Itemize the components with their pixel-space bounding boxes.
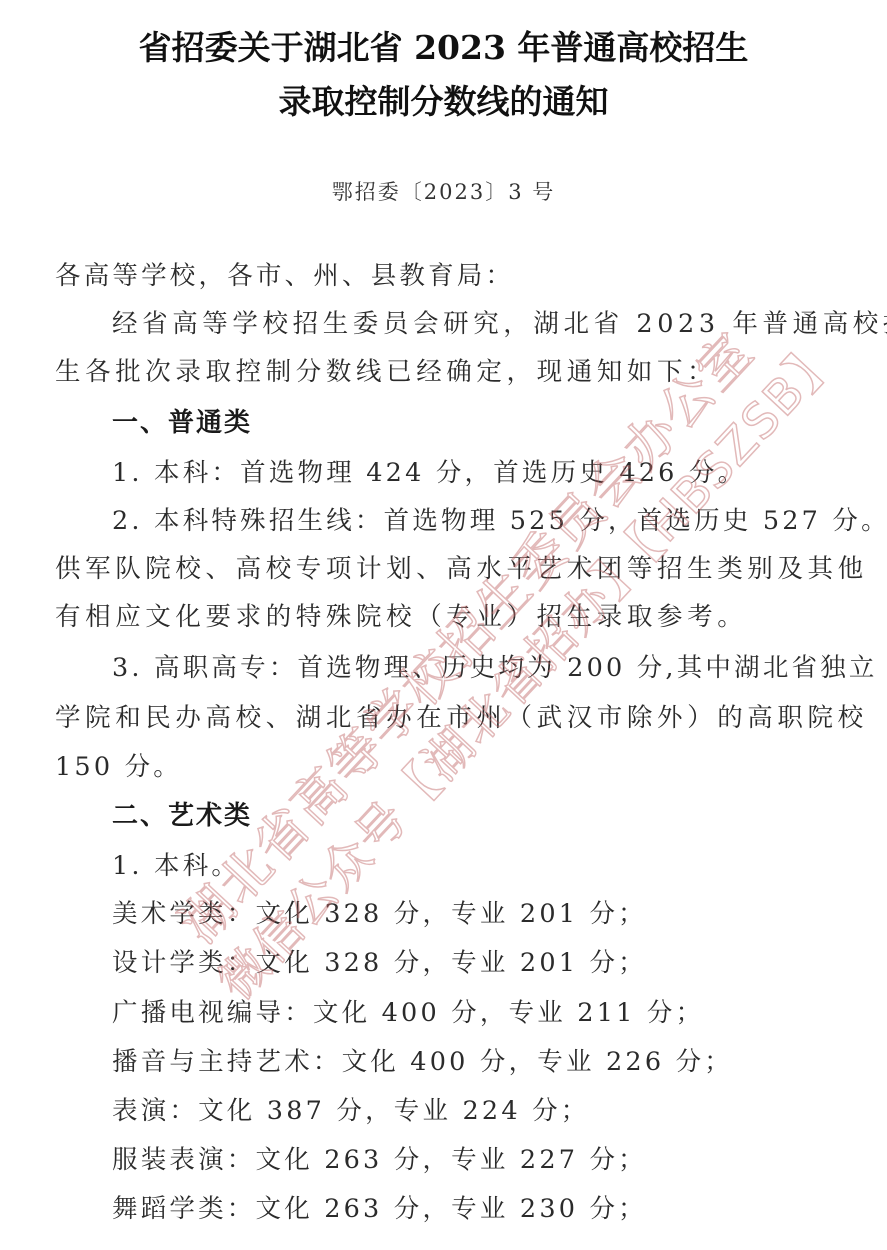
art-item-design: 设计学类：文化 328 分，专业 201 分； (112, 946, 647, 980)
general-item-3-line-3: 150 分。 (55, 750, 182, 784)
general-item-3-line-2: 学院和民办高校、湖北省办在市州（武汉市除外）的高职院校 (55, 701, 868, 735)
document-number: 鄂招委〔2023〕3 号 (0, 176, 887, 206)
document-title-line-1: 省招委关于湖北省 2023 年普通高校招生 (0, 28, 887, 68)
document-page: 省招委关于湖北省 2023 年普通高校招生 录取控制分数线的通知 鄂招委〔202… (0, 0, 887, 1250)
general-item-2-line-3: 有相应文化要求的特殊院校（专业）招生录取参考。 (55, 600, 747, 634)
general-item-2-line-2: 供军队院校、高校专项计划、高水平艺术团等招生类别及其他 (55, 552, 868, 586)
art-item-performance: 表演：文化 387 分，专业 224 分； (112, 1094, 589, 1128)
general-item-2-line-1: 2. 本科特殊招生线：首选物理 525 分，首选历史 527 分。 (112, 504, 887, 538)
art-item-dance: 舞蹈学类：文化 263 分，专业 230 分； (112, 1192, 647, 1226)
section-heading-art: 二、艺术类 (112, 799, 252, 833)
intro-line-1: 经省高等学校招生委员会研究，湖北省 2023 年普通高校招 (112, 307, 887, 341)
art-subheading-undergrad: 1. 本科。 (112, 849, 240, 883)
general-item-3-line-1: 3. 高职高专：首选物理、历史均为 200 分,其中湖北省独立 (112, 651, 878, 685)
salutation: 各高等学校，各市、州、县教育局： (55, 259, 514, 293)
intro-line-2: 生各批次录取控制分数线已经确定，现通知如下： (55, 355, 717, 389)
art-item-fashion-performance: 服装表演：文化 263 分，专业 227 分； (112, 1143, 647, 1177)
art-item-broadcast-directing: 广播电视编导：文化 400 分，专业 211 分； (112, 996, 704, 1030)
section-heading-general: 一、普通类 (112, 406, 252, 440)
document-title-line-2: 录取控制分数线的通知 (0, 82, 887, 122)
general-item-1: 1. 本科：首选物理 424 分，首选历史 426 分。 (112, 456, 746, 490)
art-item-broadcasting-hosting: 播音与主持艺术：文化 400 分，专业 226 分； (112, 1045, 733, 1079)
art-item-fine-arts: 美术学类：文化 328 分，专业 201 分； (112, 897, 647, 931)
